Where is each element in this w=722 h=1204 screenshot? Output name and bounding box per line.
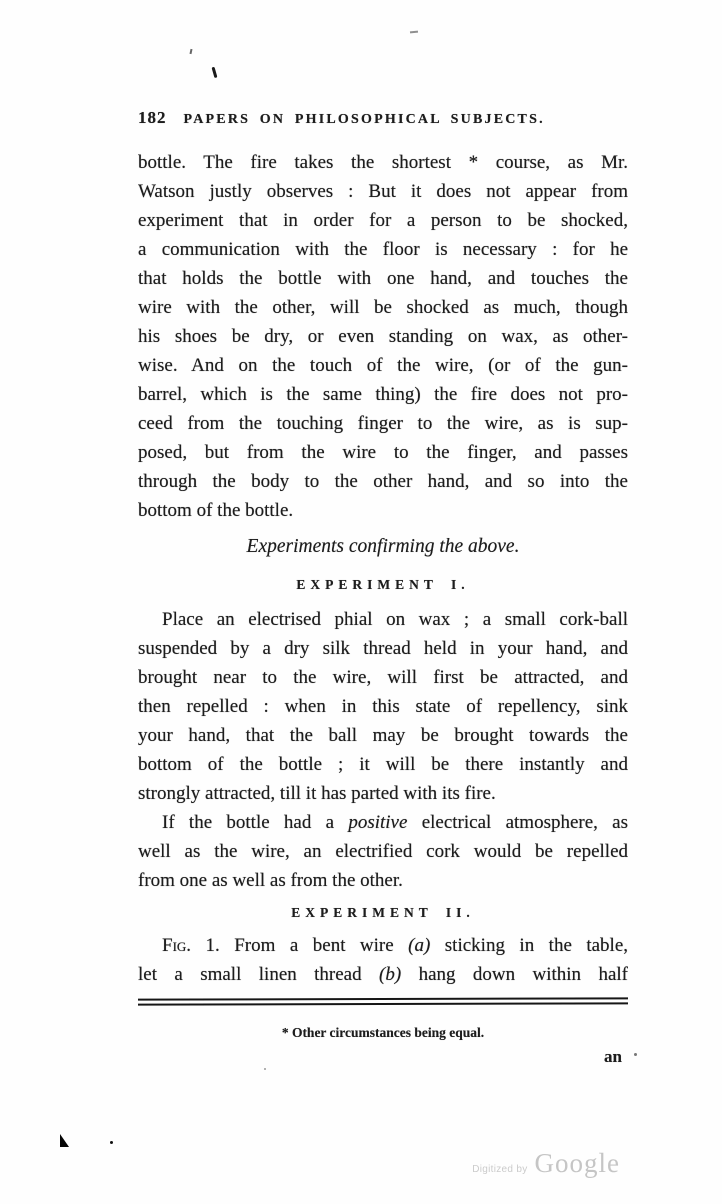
- footnote: * Other circumstances being equal.: [138, 1024, 628, 1042]
- google-watermark: Digitized by Google: [420, 1148, 620, 1179]
- paragraph-experiment-1: Place an electrised phial on wax ; a sma…: [138, 605, 628, 808]
- text-line: your hand, that the ball may be brought …: [138, 721, 628, 750]
- catchword: an: [138, 1047, 628, 1067]
- scanned-book-page: 182 PAPERS ON PHILOSOPHICAL SUBJECTS. bo…: [0, 0, 722, 1204]
- text-line: Watson justly observes : But it does not…: [138, 177, 628, 206]
- text-line: through the body to the other hand, and …: [138, 467, 628, 496]
- page-header: 182 PAPERS ON PHILOSOPHICAL SUBJECTS.: [138, 108, 628, 128]
- paragraph-experiment-2: Fig. 1. From a bent wire (a) sticking in…: [138, 931, 628, 989]
- text-line: bottom of the bottle ; it will be there …: [138, 750, 628, 779]
- paragraph-bottle-fire: bottle. The fire takes the shortest * co…: [138, 148, 628, 525]
- text-line: a communication with the floor is necess…: [138, 235, 628, 264]
- text-line: bottle. The fire takes the shortest * co…: [138, 148, 628, 177]
- paragraph-positive-atmosphere: If the bottle had a positive electrical …: [138, 808, 628, 895]
- text-line: his shoes be dry, or even standing on wa…: [138, 322, 628, 351]
- text-line: that holds the bottle with one hand, and…: [138, 264, 628, 293]
- text-line: barrel, which is the same thing) the fir…: [138, 380, 628, 409]
- ink-speck: [634, 1053, 637, 1056]
- footnote-rule: [138, 997, 628, 1005]
- text-line: If the bottle had a positive electrical …: [138, 808, 628, 837]
- text-line: wire with the other, will be shocked as …: [138, 293, 628, 322]
- ink-speck: [410, 31, 418, 34]
- experiment-2-heading: EXPERIMENT II.: [138, 903, 628, 923]
- running-title: PAPERS ON PHILOSOPHICAL SUBJECTS.: [184, 110, 545, 130]
- ink-speck: [212, 67, 217, 78]
- text-line: Place an electrised phial on wax ; a sma…: [138, 605, 628, 634]
- experiment-1-heading: EXPERIMENT I.: [138, 575, 628, 595]
- text-line: strongly attracted, till it has parted w…: [138, 779, 628, 808]
- ink-speck: [190, 49, 193, 54]
- text-line: suspended by a dry silk thread held in y…: [138, 634, 628, 663]
- ink-speck: [110, 1141, 113, 1144]
- digitized-by-label: Digitized by: [472, 1164, 527, 1175]
- text-line: let a small linen thread (b) hang down w…: [138, 960, 628, 989]
- google-logo: Google: [535, 1148, 620, 1179]
- text-line: ceed from the touching finger to the wir…: [138, 409, 628, 438]
- text-line: well as the wire, an electrified cork wo…: [138, 837, 628, 866]
- ink-speck: [264, 1068, 266, 1070]
- text-line: wise. And on the touch of the wire, (or …: [138, 351, 628, 380]
- text-line: bottom of the bottle.: [138, 496, 628, 525]
- text-line: posed, but from the wire to the finger, …: [138, 438, 628, 467]
- text-line: brought near to the wire, will first be …: [138, 663, 628, 692]
- text-line: experiment that in order for a person to…: [138, 206, 628, 235]
- section-heading: Experiments confirming the above.: [138, 532, 628, 561]
- text-line: from one as well as from the other.: [138, 866, 628, 895]
- text-column: 182 PAPERS ON PHILOSOPHICAL SUBJECTS. bo…: [138, 108, 628, 1067]
- ink-speck: [60, 1134, 69, 1147]
- text-line: then repelled : when in this state of re…: [138, 692, 628, 721]
- text-line: Fig. 1. From a bent wire (a) sticking in…: [138, 931, 628, 960]
- page-number: 182: [138, 108, 167, 128]
